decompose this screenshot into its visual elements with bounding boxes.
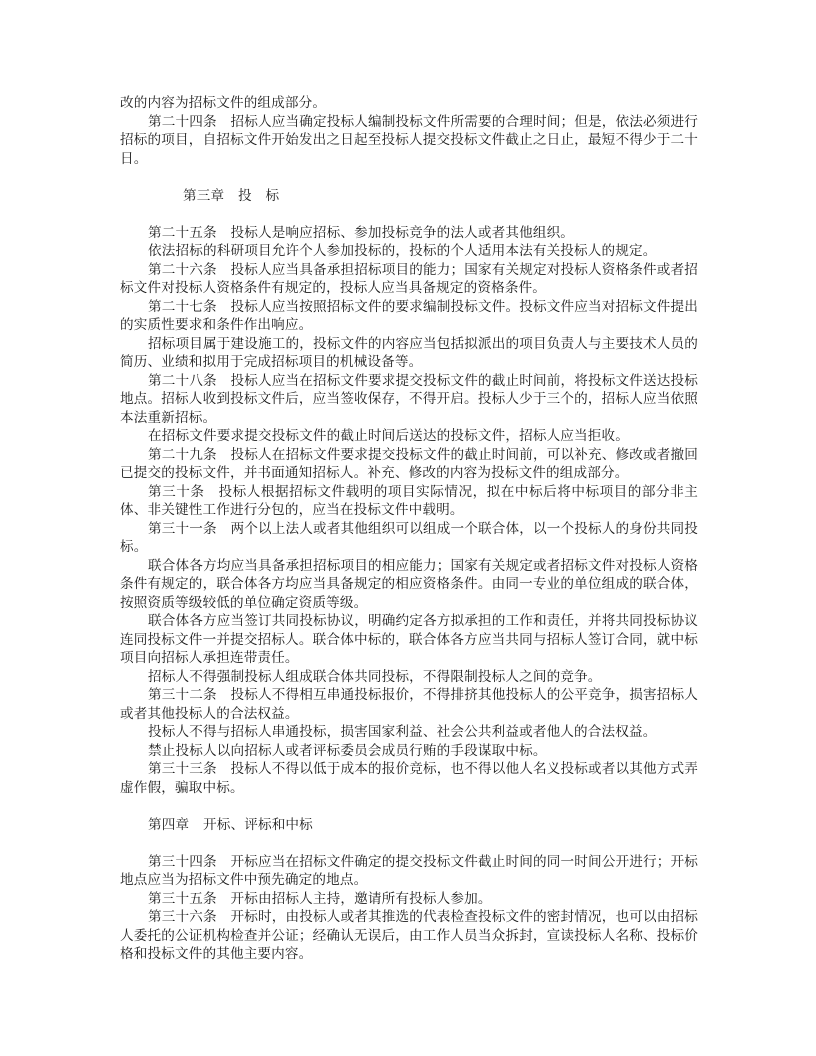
article-28: 第二十八条 投标人应当在招标文件要求提交投标文件的截止时间前，将投标文件送达投标…: [120, 372, 698, 428]
article-25-para-2: 依法招标的科研项目允许个人参加投标的，投标的个人适用本法有关投标人的规定。: [120, 242, 698, 261]
article-34: 第三十四条 开标应当在招标文件确定的提交投标文件截止时间的同一时间公开进行；开标…: [120, 853, 698, 890]
article-27-para-2: 招标项目属于建设施工的，投标文件的内容应当包括拟派出的项目负责人与主要技术人员的…: [120, 335, 698, 372]
article-32: 第三十二条 投标人不得相互串通投标报价，不得排挤其他投标人的公平竞争，损害招标人…: [120, 686, 698, 723]
blank-line: [120, 205, 698, 224]
article-24: 第二十四条 招标人应当确定投标人编制投标文件所需要的合理时间；但是，依法必须进行…: [120, 113, 698, 169]
article-31-para-2: 联合体各方均应当具备承担招标项目的相应能力；国家有关规定或者招标文件对投标人资格…: [120, 557, 698, 613]
article-32-para-2: 投标人不得与招标人串通投标，损害国家利益、社会公共利益或者他人的合法权益。: [120, 723, 698, 742]
article-29: 第二十九条 投标人在招标文件要求提交投标文件的截止时间前，可以补充、修改或者撤回…: [120, 446, 698, 483]
blank-line: [120, 797, 698, 816]
chapter-4-heading: 第四章 开标、评标和中标: [120, 816, 698, 835]
blank-line: [120, 834, 698, 853]
article-36: 第三十六条 开标时，由投标人或者其推选的代表检查投标文件的密封情况，也可以由招标…: [120, 908, 698, 964]
article-31: 第三十一条 两个以上法人或者其他组织可以组成一个联合体，以一个投标人的身份共同投…: [120, 520, 698, 557]
article-26: 第二十六条 投标人应当具备承担招标项目的能力；国家有关规定对投标人资格条件或者招…: [120, 261, 698, 298]
article-31-para-4: 招标人不得强制投标人组成联合体共同投标，不得限制投标人之间的竞争。: [120, 668, 698, 687]
article-32-para-3: 禁止投标人以向招标人或者评标委员会成员行贿的手段谋取中标。: [120, 742, 698, 761]
article-30: 第三十条 投标人根据招标文件载明的项目实际情况，拟在中标后将中标项目的部分非主体…: [120, 483, 698, 520]
article-28-para-2: 在招标文件要求提交投标文件的截止时间后送达的投标文件，招标人应当拒收。: [120, 427, 698, 446]
document-page: 改的内容为招标文件的组成部分。 第二十四条 招标人应当确定投标人编制投标文件所需…: [120, 94, 698, 964]
chapter-3-heading: 第三章 投 标: [120, 187, 698, 206]
article-31-para-3: 联合体各方应当签订共同投标协议，明确约定各方拟承担的工作和责任，并将共同投标协议…: [120, 612, 698, 668]
article-27: 第二十七条 投标人应当按照招标文件的要求编制投标文件。投标文件应当对招标文件提出…: [120, 298, 698, 335]
article-33: 第三十三条 投标人不得以低于成本的报价竞标，也不得以他人名义投标或者以其他方式弄…: [120, 760, 698, 797]
blank-line: [120, 168, 698, 187]
article-35: 第三十五条 开标由招标人主持，邀请所有投标人参加。: [120, 890, 698, 909]
article-25: 第二十五条 投标人是响应招标、参加投标竞争的法人或者其他组织。: [120, 224, 698, 243]
paragraph-continuation: 改的内容为招标文件的组成部分。: [120, 94, 698, 113]
